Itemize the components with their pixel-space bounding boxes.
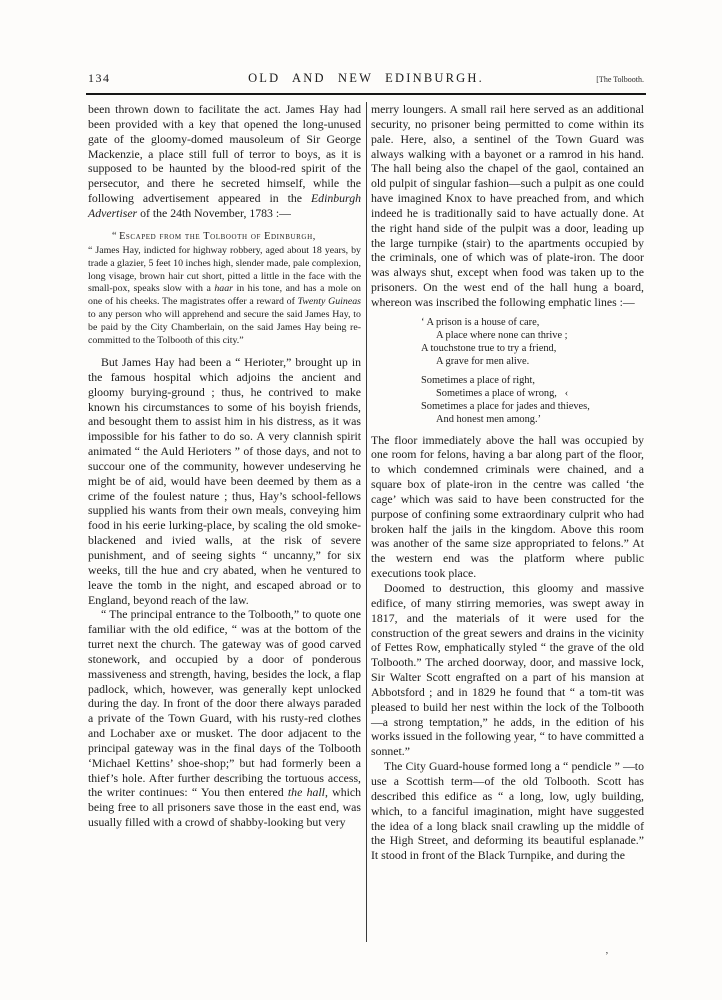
left-column: been thrown down to facilitate the act. … bbox=[88, 102, 361, 942]
right-column: merry loungers. A small rail here served… bbox=[371, 102, 644, 942]
verse-line: ‘ A prison is a house of care, bbox=[421, 316, 644, 329]
paragraph: “ The principal entrance to the Tolbooth… bbox=[88, 607, 361, 830]
paragraph: merry loungers. A small rail here served… bbox=[371, 102, 644, 310]
verse-line: A place where none can thrive ; bbox=[436, 329, 644, 342]
verse-line: Sometimes a place of right, bbox=[421, 374, 644, 387]
scan-artifact: ’ bbox=[605, 950, 609, 962]
paragraph: The floor immediately above the hall was… bbox=[371, 433, 644, 581]
verse-line: Sometimes a place for jades and thieves, bbox=[421, 400, 644, 413]
column-divider bbox=[366, 102, 367, 942]
text-columns: been thrown down to facilitate the act. … bbox=[88, 102, 644, 942]
verse-line: A touchstone true to try a friend, bbox=[421, 342, 644, 355]
book-title: OLD AND NEW EDINBURGH. bbox=[208, 71, 524, 86]
paragraph: The City Guard-house formed long a “ pen… bbox=[371, 759, 644, 863]
verse-stanza: Sometimes a place of right,Sometimes a p… bbox=[421, 374, 644, 426]
verse-line: And honest men among.’ bbox=[436, 413, 644, 426]
verse-block: ‘ A prison is a house of care,A place wh… bbox=[421, 316, 644, 427]
advert-heading: “ Escaped from the Tolbooth of Edinburgh… bbox=[88, 230, 361, 243]
running-title: [The Tolbooth. bbox=[524, 75, 644, 84]
paragraph: been thrown down to facilitate the act. … bbox=[88, 102, 361, 221]
verse-line: A grave for men alive. bbox=[436, 355, 644, 368]
book-page: 134 OLD AND NEW EDINBURGH. [The Tolbooth… bbox=[0, 0, 722, 1000]
verse-stanza: ‘ A prison is a house of care,A place wh… bbox=[421, 316, 644, 368]
header-rule bbox=[86, 93, 646, 95]
verse-line: Sometimes a place of wrong, ‹ bbox=[436, 387, 644, 400]
paragraph: But James Hay had been a “ Herioter,” br… bbox=[88, 355, 361, 607]
page-number: 134 bbox=[88, 71, 208, 86]
page-header: 134 OLD AND NEW EDINBURGH. [The Tolbooth… bbox=[88, 71, 644, 86]
paragraph: “ James Hay, indicted for highway robber… bbox=[88, 245, 361, 348]
paragraph: Doomed to destruction, this gloomy and m… bbox=[371, 581, 644, 759]
